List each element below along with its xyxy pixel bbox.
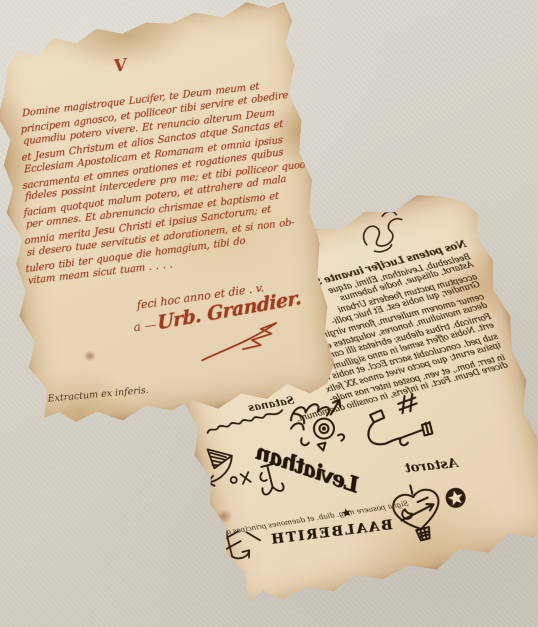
pact-recto-page: V Domine magistroque Lucifer, te Deum me…: [0, 0, 341, 431]
invocation-mark: V: [114, 55, 127, 77]
manuscript-photo-backdrop: Nos potens Lucifer iuvante Satana, Beelz…: [0, 0, 538, 627]
star-badge-sigil: [442, 484, 469, 511]
signature-prefix: a —: [133, 318, 158, 335]
monogram-flourish-sigil: [352, 204, 417, 260]
astaroth-heart-seal-sigil: [381, 476, 456, 549]
pact-latin-text: Domine magistroque Lucifer, te Deum meum…: [20, 74, 306, 290]
archivist-footnote: Extractum ex inferis.: [47, 385, 149, 405]
